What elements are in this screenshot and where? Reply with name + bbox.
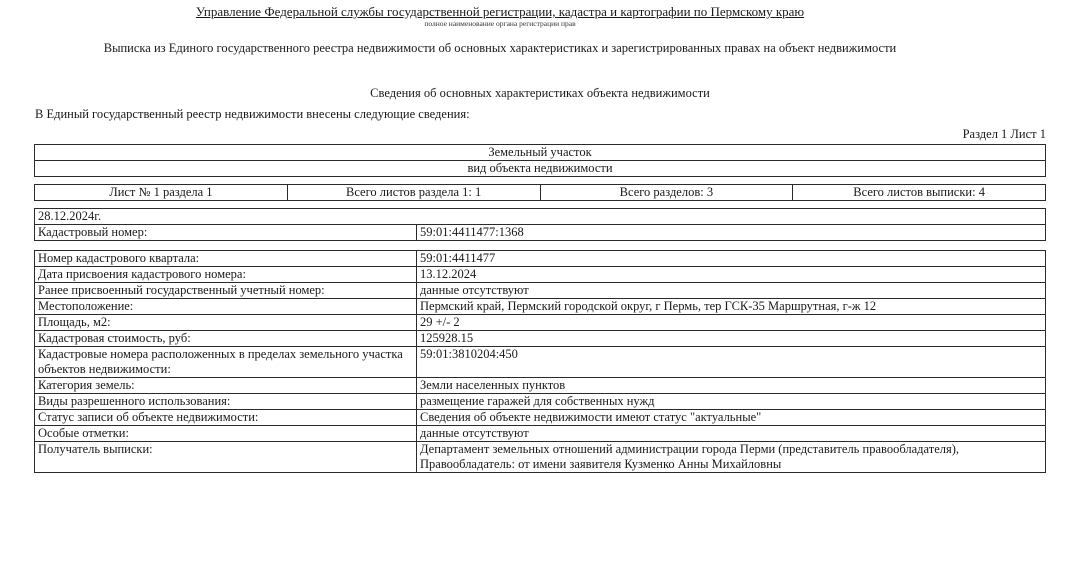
field-value: размещение гаражей для собственных нужд [417,394,1045,409]
field-value: 59:01:4411477 [417,251,1045,266]
characteristics-table: Номер кадастрового квартала: 59:01:44114… [34,250,1046,473]
cadastral-number-label: Кадастровый номер: [35,225,417,240]
field-value: Земли населенных пунктов [417,378,1045,393]
document-title: Выписка из Единого государственного реес… [0,41,1000,56]
sheet-number: Лист № 1 раздела 1 [35,185,288,200]
field-label: Ранее присвоенный государственный учетны… [35,283,417,298]
field-label: Номер кадастрового квартала: [35,251,417,266]
field-value: 13.12.2024 [417,267,1045,282]
object-type-value: Земельный участок [35,145,1045,160]
table-row: Получатель выписки: Департамент земельны… [35,441,1045,472]
registration-authority-name: Управление Федеральной службы государств… [0,4,1000,20]
sections-total: Всего разделов: 3 [541,185,794,200]
field-value: Сведения об объекте недвижимости имеют с… [417,410,1045,425]
table-row: Особые отметки: данные отсутствуют [35,425,1045,441]
sheet-counts-row: Лист № 1 раздела 1 Всего листов раздела … [35,185,1045,200]
field-label: Кадастровые номера расположенных в преде… [35,347,417,377]
object-type-caption-row: вид объекта недвижимости [35,160,1045,176]
date-cadastral-box: 28.12.2024г. Кадастровый номер: 59:01:44… [34,208,1046,241]
field-label: Кадастровая стоимость, руб: [35,331,417,346]
field-value: 125928.15 [417,331,1045,346]
field-label: Особые отметки: [35,426,417,441]
section-sheets-total: Всего листов раздела 1: 1 [288,185,541,200]
table-row: Кадастровые номера расположенных в преде… [35,346,1045,377]
table-row: Кадастровая стоимость, руб: 125928.15 [35,330,1045,346]
object-type-row: Земельный участок [35,145,1045,160]
sheet-counts-box: Лист № 1 раздела 1 Всего листов раздела … [34,184,1046,201]
field-label: Статус записи об объекте недвижимости: [35,410,417,425]
cadastral-number-value: 59:01:4411477:1368 [417,225,1045,240]
extract-sheets-total: Всего листов выписки: 4 [793,185,1045,200]
table-row: Статус записи об объекте недвижимости: С… [35,409,1045,425]
extract-date: 28.12.2024г. [35,209,1045,224]
field-label: Площадь, м2: [35,315,417,330]
table-row: Виды разрешенного использования: размеще… [35,393,1045,409]
table-row: Номер кадастрового квартала: 59:01:44114… [35,251,1045,266]
object-type-caption: вид объекта недвижимости [35,161,1045,176]
field-label: Виды разрешенного использования: [35,394,417,409]
section-title: Сведения об основных характеристиках объ… [0,86,1080,101]
field-value: Пермский край, Пермский городской округ,… [417,299,1045,314]
table-row: Площадь, м2: 29 +/- 2 [35,314,1045,330]
field-label: Местоположение: [35,299,417,314]
field-value: данные отсутствуют [417,283,1045,298]
date-row: 28.12.2024г. [35,209,1045,224]
table-row: Дата присвоения кадастрового номера: 13.… [35,266,1045,282]
table-row: Ранее присвоенный государственный учетны… [35,282,1045,298]
registration-authority-caption: полное наименование органа регистрации п… [0,19,1000,28]
object-type-box: Земельный участок вид объекта недвижимос… [34,144,1046,177]
field-label: Получатель выписки: [35,442,417,472]
field-label: Дата присвоения кадастрового номера: [35,267,417,282]
field-label: Категория земель: [35,378,417,393]
field-value: 59:01:3810204:450 [417,347,1045,377]
field-value: данные отсутствуют [417,426,1045,441]
cadastral-number-row: Кадастровый номер: 59:01:4411477:1368 [35,224,1045,240]
sheet-reference: Раздел 1 Лист 1 [963,127,1046,142]
section-intro: В Единый государственный реестр недвижим… [35,107,470,122]
table-row: Местоположение: Пермский край, Пермский … [35,298,1045,314]
field-value: Департамент земельных отношений админист… [417,442,1045,472]
field-value: 29 +/- 2 [417,315,1045,330]
table-row: Категория земель: Земли населенных пункт… [35,377,1045,393]
